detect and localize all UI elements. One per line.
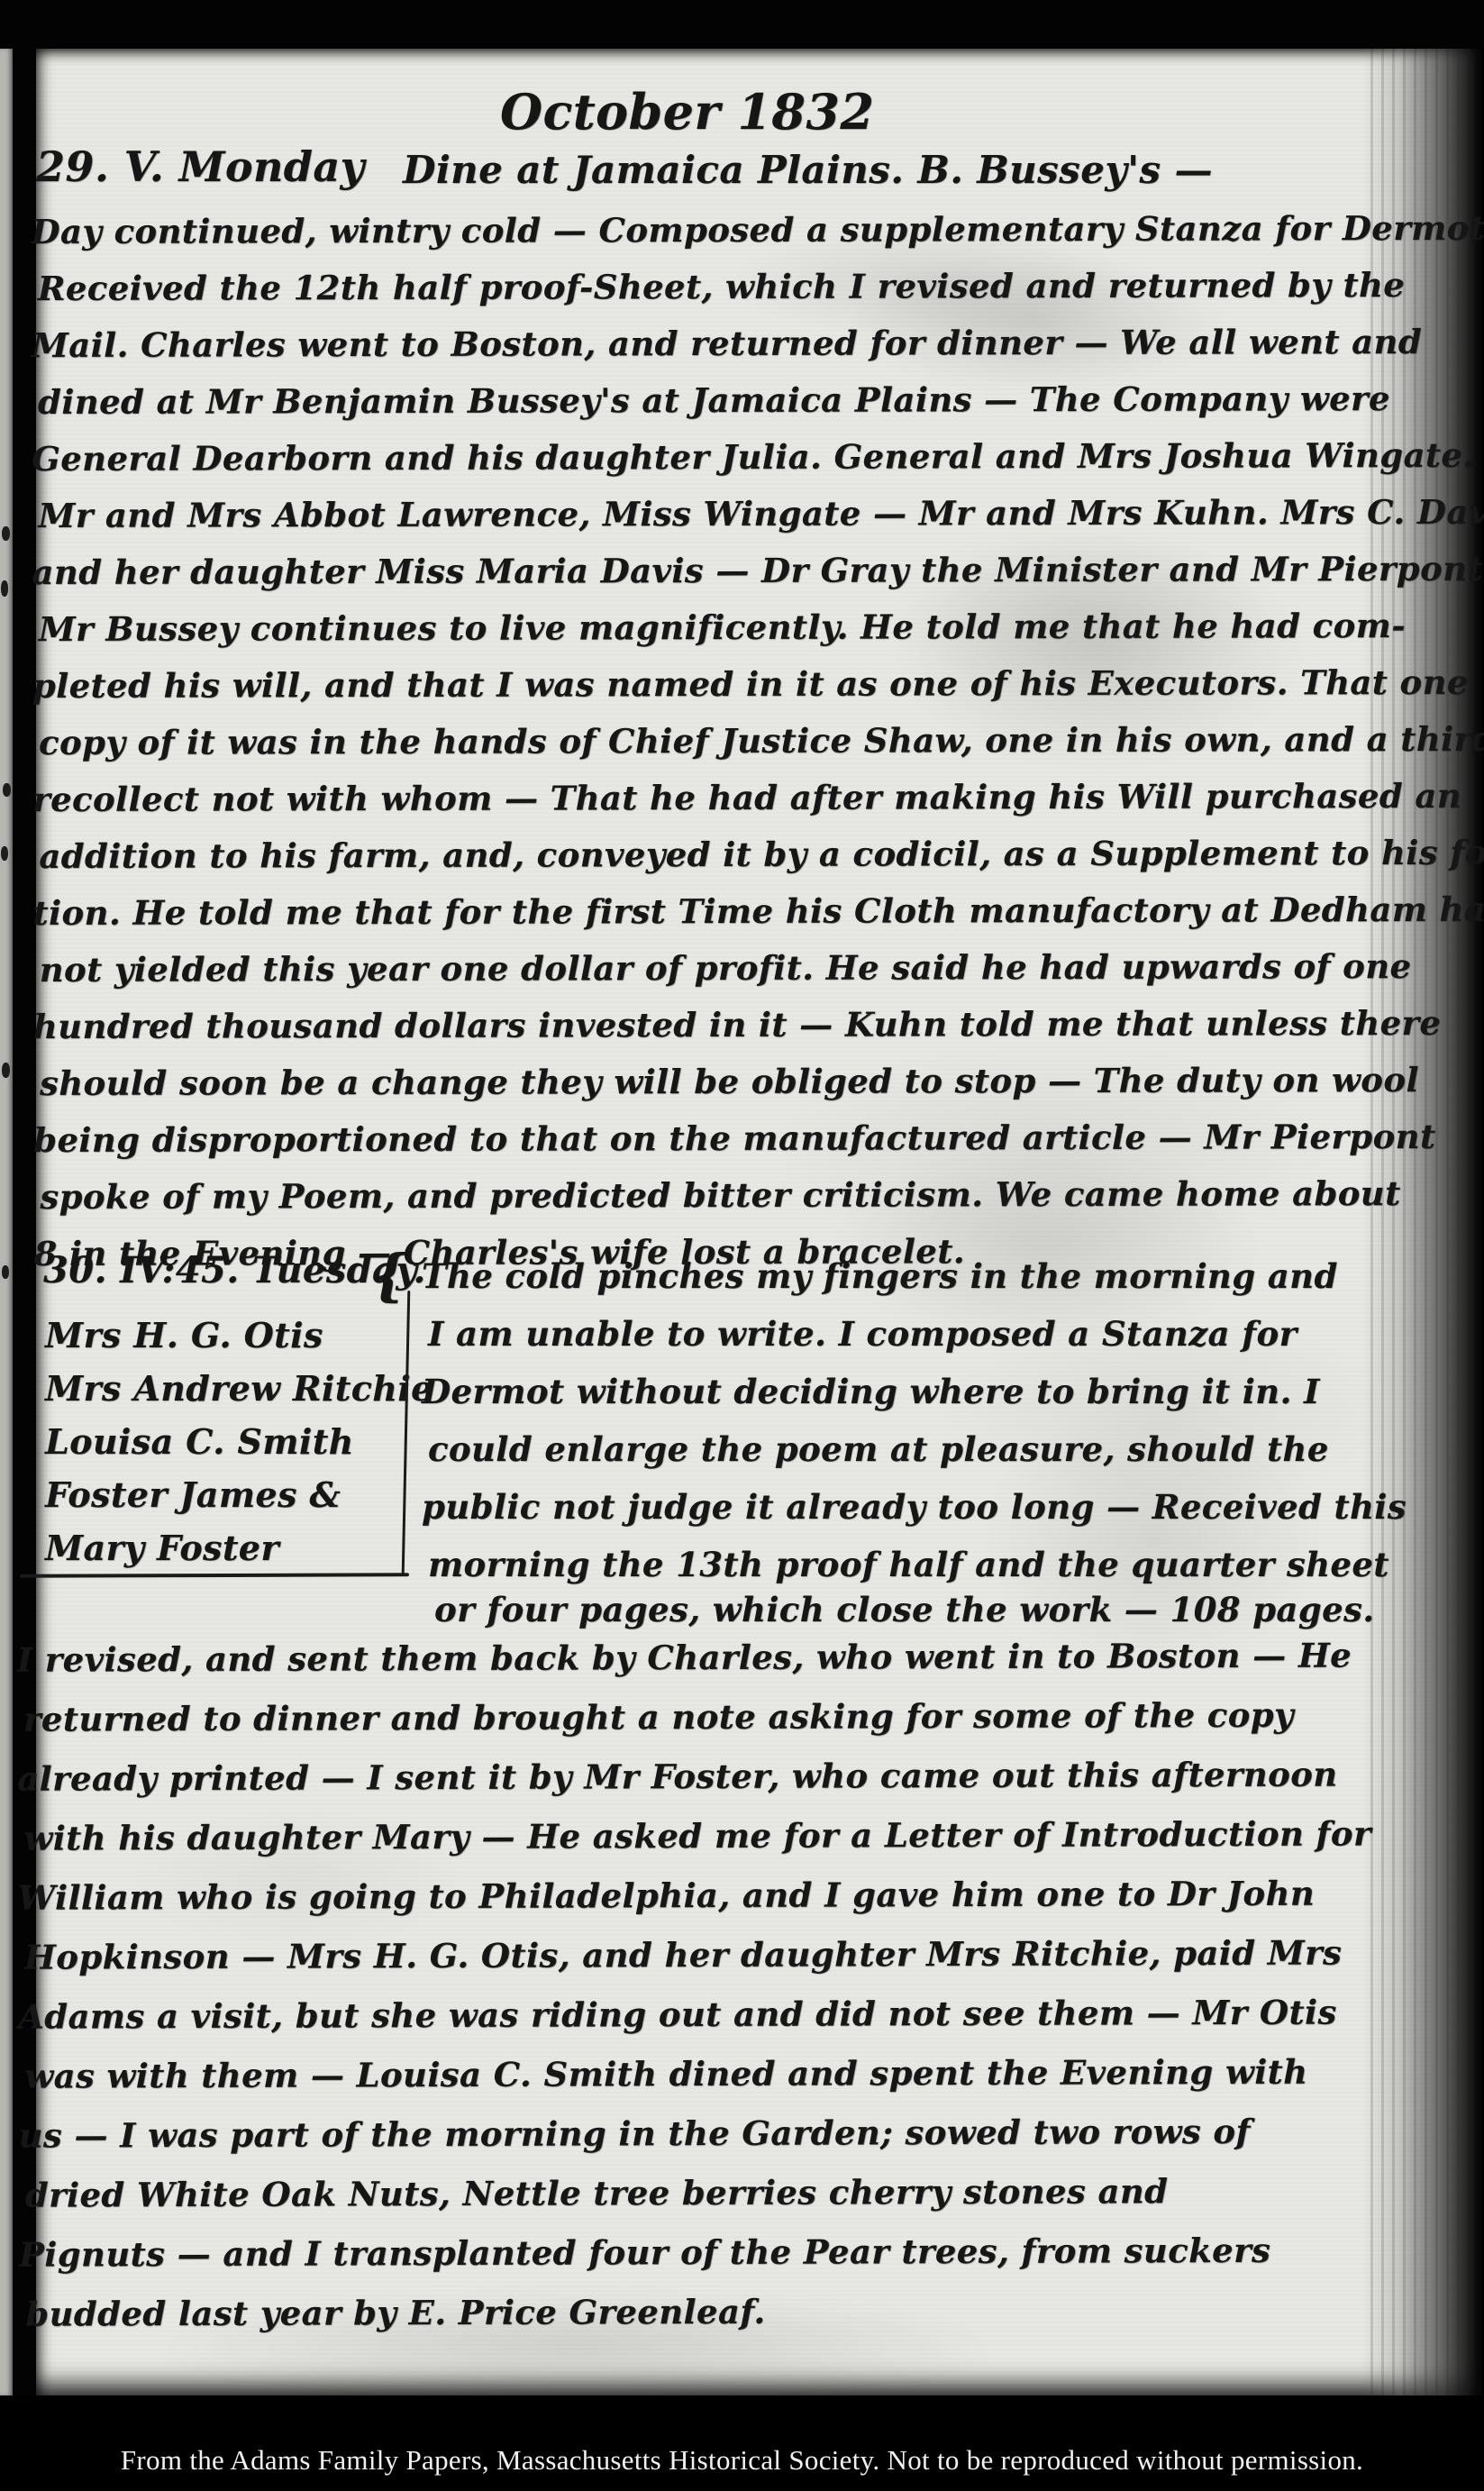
diary-text-line: Mr Bussey continues to live magnificentl… [39,598,1384,658]
visitor-name: Mrs Andrew Ritchie [45,1362,433,1415]
diary-text-line: Day continued, wintry cold — Composed a … [31,200,1382,260]
diary-text-line: Pignuts — and I transplanted four of the… [19,2220,1388,2284]
diary-text-line: William who is going to Philadelphia, an… [18,1863,1388,1927]
diary-text-line: Received the 12th half proof-Sheet, whic… [38,257,1383,317]
diary-text-line: copy of it was in the hands of Chief Jus… [39,711,1384,771]
entry-headline: Dine at Jamaica Plains. B. Bussey's — [403,148,1213,192]
diary-text-line: recollect not with whom — That he had af… [32,768,1384,828]
diary-text-line: public not judge it already too long — R… [422,1478,1377,1536]
visitor-name: Mrs H. G. Otis [45,1309,433,1362]
diary-text-line: and her daughter Miss Maria Davis — Dr G… [32,541,1383,601]
visitor-name: Louisa C. Smith [45,1415,433,1468]
diary-text-line: being disproportioned to that on the man… [33,1109,1385,1169]
visitor-names-list: Mrs H. G. OtisMrs Andrew RitchieLouisa C… [45,1309,433,1574]
facing-page-edge [0,49,13,2395]
margin-brace: { [371,1242,407,1308]
entry-body: Day continued, wintry cold — Composed a … [31,200,1385,1282]
diary-text-line: tion. He told me that for the first Time… [32,881,1384,942]
diary-text-line: Hopkinson — Mrs H. G. Otis, and her daug… [24,1922,1388,1986]
month-year-header: October 1832 [500,83,874,141]
diary-text-line: was with them — Louisa C. Smith dined an… [24,2041,1388,2105]
diary-text-line: could enlarge the poem at pleasure, shou… [428,1420,1377,1478]
diary-text-line: dried White Oak Nuts, Nettle tree berrie… [25,2160,1388,2224]
visitor-name: Mary Foster [45,1521,433,1574]
diary-text-line: Mail. Charles went to Boston, and return… [32,314,1383,374]
cut-off-letter-fragment [2,526,10,541]
cut-off-letter-fragment [1,580,8,597]
diary-text-line: us — I was part of the morning in the Ga… [18,2101,1388,2165]
diary-text-line: I revised, and sent them back by Charles… [17,1625,1387,1689]
cut-off-letter-fragment [3,783,11,797]
diary-text-line: already printed — I sent it by Mr Foster… [17,1744,1387,1808]
diary-text-line: spoke of my Poem, and predicted bitter c… [40,1165,1385,1226]
diary-text-line: The cold pinches my fingers in the morni… [422,1247,1377,1305]
footer-band [0,2395,1484,2491]
diary-text-line: budded last year by E. Price Greenleaf. [25,2279,1388,2343]
diary-text-line: hundred thousand dollars invested in it … [33,995,1385,1055]
diary-page-scan: October 1832 29. V. Monday Dine at Jamai… [0,0,1484,2491]
diary-text-line: Adams a visit, but she was riding out an… [18,1982,1388,2046]
diary-text-line: with his daughter Mary — He asked me for… [23,1803,1387,1867]
cut-off-letter-fragment [2,1063,10,1078]
diary-text-line: should soon be a change they will be obl… [40,1052,1385,1112]
diary-text-line: or four pages, which close the work — 10… [434,1590,1375,1629]
cut-off-letter-fragment [2,1265,9,1279]
entry-date: 30. IV:45. Tuesday. [43,1249,426,1291]
diary-text-line: dined at Mr Benjamin Bussey's at Jamaica… [38,370,1383,431]
diary-text-line: General Dearborn and his daughter Julia.… [32,427,1383,488]
visitor-name: Foster James & [45,1468,433,1521]
diary-text-line: addition to his farm, and, conveyed it b… [39,825,1384,885]
cut-off-letter-fragment [1,846,8,861]
diary-text-line: pleted his will, and that I was named in… [32,654,1384,715]
entry-column-body: The cold pinches my fingers in the morni… [422,1247,1377,1593]
diary-text-line: morning the 13th proof half and the quar… [428,1536,1377,1593]
diary-text-line: I am unable to write. I composed a Stanz… [428,1305,1377,1363]
diary-text-line: Mr and Mrs Abbot Lawrence, Miss Wingate … [38,484,1383,544]
entry-date: 29. V. Monday [36,142,365,191]
archive-credit-line: From the Adams Family Papers, Massachuse… [0,2444,1484,2477]
diary-text-line: returned to dinner and brought a note as… [23,1684,1387,1748]
diary-text-line: Dermot without deciding where to bring i… [422,1363,1377,1420]
entry-body: I revised, and sent them back by Charles… [17,1625,1389,2343]
diary-text-line: not yielded this year one dollar of prof… [40,938,1385,999]
